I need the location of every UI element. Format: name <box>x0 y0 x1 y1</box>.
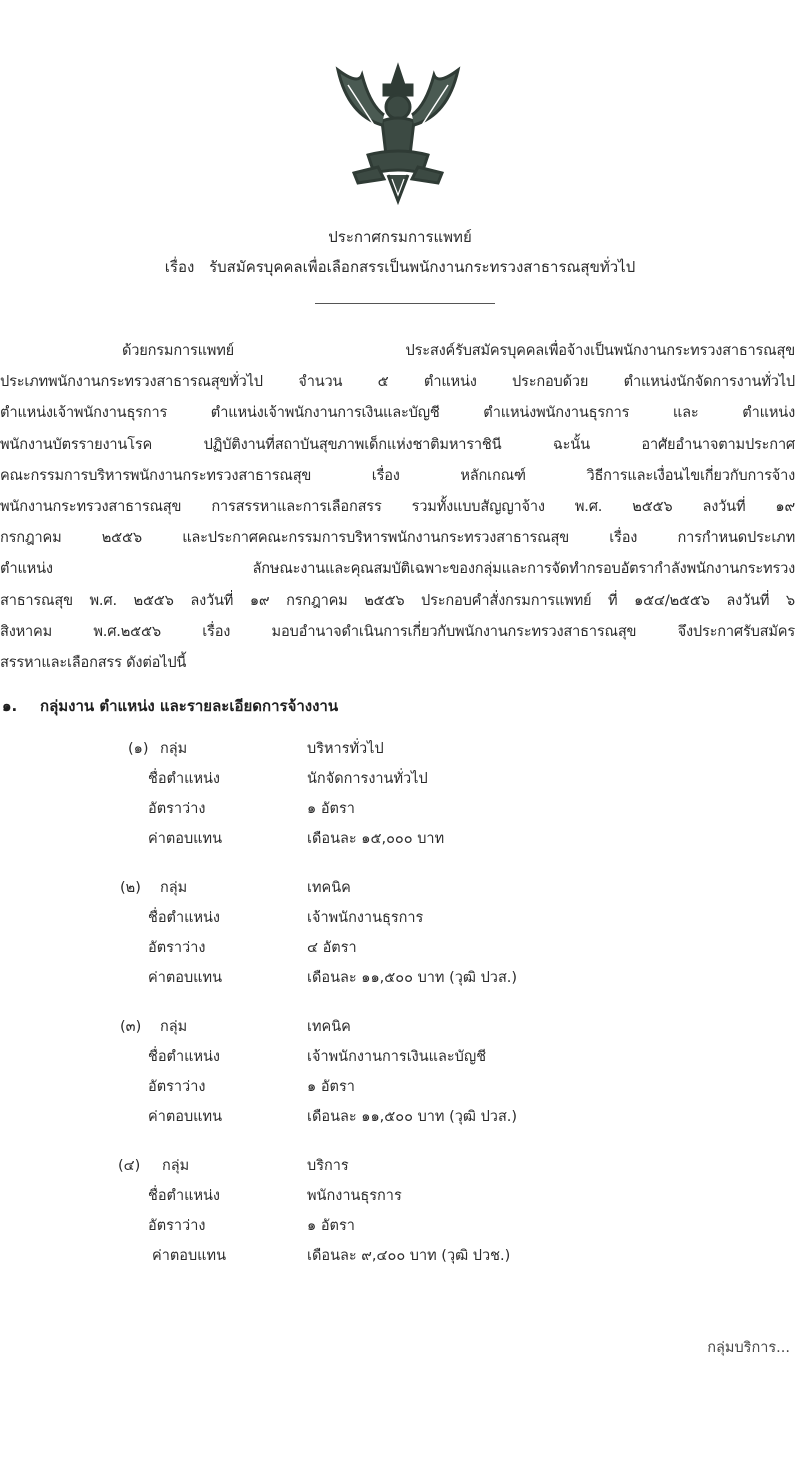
vacancies-row: อัตราว่าง ๑ อัตรา <box>0 1211 800 1241</box>
body-line: สาธารณสุข พ.ศ. ๒๕๕๖ ลงวันที่ ๑๙ กรกฎาคม … <box>0 585 795 616</box>
vacancies-label: อัตราว่าง <box>148 1211 205 1241</box>
position-label: ชื่อตำแหน่ง <box>148 764 220 794</box>
job-group-2: (๒) กลุ่ม เทคนิค ชื่อตำแหน่ง เจ้าพนักงาน… <box>0 873 800 993</box>
position-row: ชื่อตำแหน่ง นักจัดการงานทั่วไป <box>0 764 800 794</box>
position-value: เจ้าพนักงานธุรการ <box>307 903 423 933</box>
body-line: สิงหาคม พ.ศ.๒๕๕๖ เรื่อง มอบอำนาจดำเนินกา… <box>0 616 795 647</box>
section-number: ๑. <box>2 694 40 718</box>
vacancies-value: ๑ อัตรา <box>307 1072 355 1102</box>
position-value: นักจัดการงานทั่วไป <box>307 764 428 794</box>
vacancies-label: อัตราว่าง <box>148 1072 205 1102</box>
body-line: ตำแหน่ง ลักษณะงานและคุณสมบัติเฉพาะของกลุ… <box>0 553 795 584</box>
vacancies-value: ๔ อัตรา <box>307 933 357 963</box>
header-divider <box>315 303 495 304</box>
job-group-1: (๑) กลุ่ม บริหารทั่วไป ชื่อตำแหน่ง นักจั… <box>0 734 800 854</box>
group-label: กลุ่ม <box>162 1151 189 1181</box>
vacancies-value: ๑ อัตรา <box>307 1211 355 1241</box>
body-line: สรรหาและเลือกสรร ดังต่อไปนี้ <box>0 647 795 678</box>
vacancies-row: อัตราว่าง ๑ อัตรา <box>0 794 800 824</box>
group-value: เทคนิค <box>307 1012 351 1042</box>
salary-row: ค่าตอบแทน เดือนละ ๑๕,๐๐๐ บาท <box>0 824 800 854</box>
group-label: กลุ่ม <box>160 1012 187 1042</box>
group-value: เทคนิค <box>307 873 351 903</box>
body-line: พนักงานบัตรรายงานโรค ปฏิบัติงานที่สถาบัน… <box>0 429 795 460</box>
announcement-title: ประกาศกรมการแพทย์ <box>0 226 800 248</box>
salary-label: ค่าตอบแทน <box>152 1241 226 1271</box>
salary-label: ค่าตอบแทน <box>148 1102 222 1132</box>
group-value: บริการ <box>307 1151 349 1181</box>
job-group-3: (๓) กลุ่ม เทคนิค ชื่อตำแหน่ง เจ้าพนักงาน… <box>0 1012 800 1132</box>
group-index: (๔) <box>118 1151 140 1181</box>
position-value: เจ้าพนักงานการเงินและบัญชี <box>307 1042 486 1072</box>
salary-row: ค่าตอบแทน เดือนละ ๑๑,๕๐๐ บาท (วุฒิ ปวส.) <box>0 1102 800 1132</box>
salary-row: ค่าตอบแทน เดือนละ ๑๑,๕๐๐ บาท (วุฒิ ปวส.) <box>0 963 800 993</box>
salary-row: ค่าตอบแทน เดือนละ ๙,๔๐๐ บาท (วุฒิ ปวช.) <box>0 1241 800 1271</box>
job-group-4: (๔) กลุ่ม บริการ ชื่อตำแหน่ง พนักงานธุรก… <box>0 1151 800 1271</box>
group-label: กลุ่ม <box>160 873 187 903</box>
position-label: ชื่อตำแหน่ง <box>148 903 220 933</box>
subject-text: รับสมัครบุคคลเพื่อเลือกสรรเป็นพนักงานกระ… <box>209 258 635 276</box>
body-paragraph: ด้วยกรมการแพทย์ ประสงค์รับสมัครบุคคลเพื่… <box>0 335 795 678</box>
announcement-subject: เรื่อง รับสมัครบุคคลเพื่อเลือกสรรเป็นพนั… <box>0 256 800 278</box>
group-value: บริหารทั่วไป <box>307 734 384 764</box>
salary-value: เดือนละ ๙,๔๐๐ บาท (วุฒิ ปวช.) <box>307 1241 510 1271</box>
position-row: ชื่อตำแหน่ง เจ้าพนักงานธุรการ <box>0 903 800 933</box>
group-row: (๑) กลุ่ม บริหารทั่วไป <box>0 734 800 764</box>
salary-label: ค่าตอบแทน <box>148 963 222 993</box>
salary-value: เดือนละ ๑๕,๐๐๐ บาท <box>307 824 444 854</box>
group-label: กลุ่ม <box>160 734 187 764</box>
page-continuation-note: กลุ่มบริการ... <box>707 1336 790 1360</box>
group-row: (๔) กลุ่ม บริการ <box>0 1151 800 1181</box>
body-line: พนักงานกระทรวงสาธารณสุข การสรรหาและการเล… <box>0 491 795 522</box>
vacancies-row: อัตราว่าง ๔ อัตรา <box>0 933 800 963</box>
position-row: ชื่อตำแหน่ง เจ้าพนักงานการเงินและบัญชี <box>0 1042 800 1072</box>
salary-value: เดือนละ ๑๑,๕๐๐ บาท (วุฒิ ปวส.) <box>307 963 517 993</box>
salary-value: เดือนละ ๑๑,๕๐๐ บาท (วุฒิ ปวส.) <box>307 1102 517 1132</box>
group-index: (๒) <box>120 873 141 903</box>
group-index: (๓) <box>120 1012 141 1042</box>
body-line: ตำแหน่งเจ้าพนักงานธุรการ ตำแหน่งเจ้าพนัก… <box>0 397 795 428</box>
section-heading: ๑.กลุ่มงาน ตำแหน่ง และรายละเอียดการจ้างง… <box>2 694 338 718</box>
group-row: (๓) กลุ่ม เทคนิค <box>0 1012 800 1042</box>
position-label: ชื่อตำแหน่ง <box>148 1181 220 1211</box>
group-row: (๒) กลุ่ม เทคนิค <box>0 873 800 903</box>
subject-label: เรื่อง <box>165 258 195 276</box>
position-label: ชื่อตำแหน่ง <box>148 1042 220 1072</box>
position-row: ชื่อตำแหน่ง พนักงานธุรการ <box>0 1181 800 1211</box>
body-line: ด้วยกรมการแพทย์ ประสงค์รับสมัครบุคคลเพื่… <box>0 335 795 366</box>
vacancies-row: อัตราว่าง ๑ อัตรา <box>0 1072 800 1102</box>
garuda-emblem-icon <box>318 55 478 205</box>
body-line: คณะกรรมการบริหารพนักงานกระทรวงสาธารณสุข … <box>0 460 795 491</box>
section-title: กลุ่มงาน ตำแหน่ง และรายละเอียดการจ้างงาน <box>40 697 338 715</box>
vacancies-label: อัตราว่าง <box>148 933 205 963</box>
position-value: พนักงานธุรการ <box>307 1181 402 1211</box>
group-index: (๑) <box>128 734 149 764</box>
vacancies-value: ๑ อัตรา <box>307 794 355 824</box>
salary-label: ค่าตอบแทน <box>148 824 222 854</box>
document-page: ประกาศกรมการแพทย์ เรื่อง รับสมัครบุคคลเพ… <box>0 0 800 1457</box>
body-line: กรกฎาคม ๒๕๕๖ และประกาศคณะกรรมการบริหารพน… <box>0 522 795 553</box>
body-line: ประเภทพนักงานกระทรวงสาธารณสุขทั่วไป จำนว… <box>0 366 795 397</box>
vacancies-label: อัตราว่าง <box>148 794 205 824</box>
